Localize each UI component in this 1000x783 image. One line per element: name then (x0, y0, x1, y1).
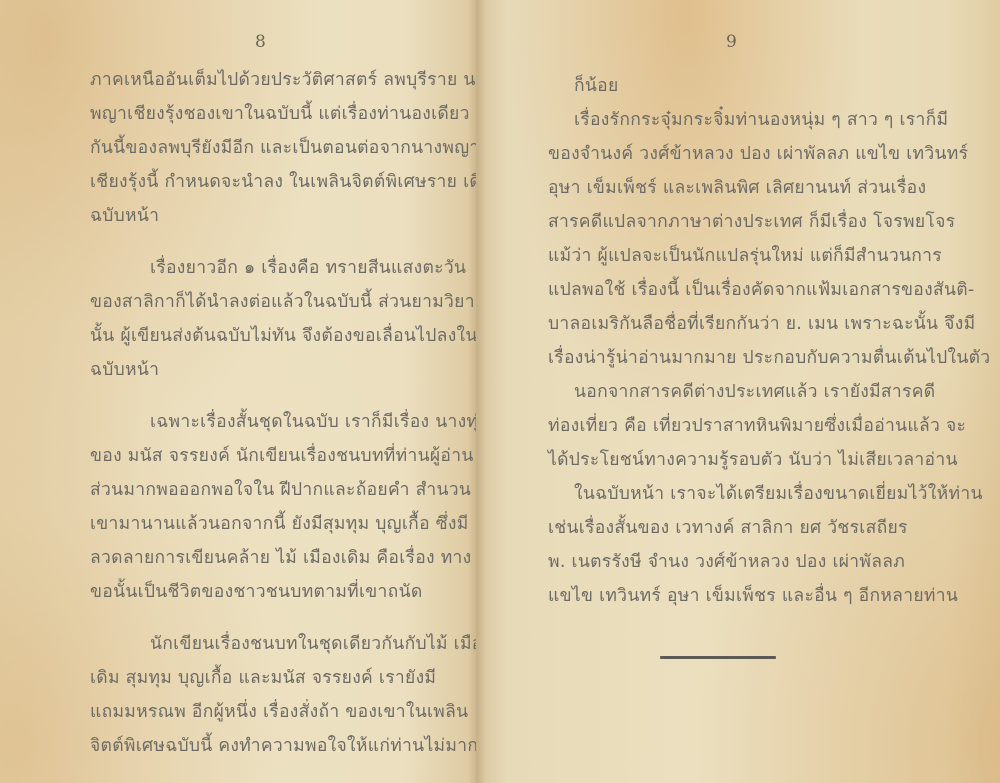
text-line: เรื่องน่ารู้น่าอ่านมากมาย ประกอบกับความต… (548, 336, 938, 370)
text-line: ส่วนมากพอออกพอใจใน ฝีปากและถ้อยคำ สำนวน … (90, 468, 450, 502)
text-line: แปลพอใช้ เรื่องนี้ เป็นเรื่องคัดจากแฟ้มเ… (548, 268, 938, 302)
text-line: ได้ประโยชน์ทางความรู้รอบตัว นับว่า ไม่เส… (548, 438, 938, 472)
text-line: ก็น้อย (548, 64, 938, 98)
text-line: ฉบับหน้า (90, 348, 450, 382)
text-line: เชียงรุ้งนี้ กำหนดจะนำลง ในเพลินจิตต์พิเ… (90, 160, 450, 194)
text-line: อุษา เข็มเพ็ชร์ และเพลินพิศ เลิศยานนท์ ส… (548, 166, 938, 200)
text-line: ลวดลายการเขียนคล้าย ไม้ เมืองเดิม คือเรื… (90, 536, 450, 570)
text-line: ภาคเหนืออันเต็มไปด้วยประวัติศาสตร์ ลพบุร… (90, 58, 450, 92)
text-line: แถมมหรณพ อีกผู้หนึ่ง เรื่องสั่งถ้า ของเข… (90, 690, 450, 724)
text-line: บาลอเมริกันลือชื่อที่เรียกกันว่า ย. เมน … (548, 302, 938, 336)
paragraph-start-line: เฉพาะเรื่องสั้นชุดในฉบับ เราก็มีเรื่อง น… (90, 400, 450, 434)
text-line: เดิม สุมทุม บุญเกื้อ และมนัส จรรยงค์ เรา… (90, 656, 450, 690)
text-line: นั้น ผู้เขียนส่งต้นฉบับไม่ทัน จึงต้องขอเ… (90, 314, 450, 348)
text-line: เช่นเรื่องสั้นของ เวทางค์ สาลิกา ยศ วัชร… (548, 506, 938, 540)
right-page-text: ก็น้อย เรื่องรักกระจุ๋มกระจิ๋มท่านองหนุ่… (548, 64, 938, 608)
text-line: ของ มนัส จรรยงค์ นักเขียนเรื่องชนบทที่ท่… (90, 434, 450, 468)
text-line: กันนี้ของลพบุรียังมีอีก และเป็นตอนต่อจาก… (90, 126, 450, 160)
left-page: 8 ภาคเหนืออันเต็มไปด้วยประวัติศาสตร์ ลพบ… (0, 0, 476, 783)
text-line: ขอนั้นเป็นชีวิตของชาวชนบทตามที่เขาถนัด (90, 570, 450, 604)
text-line: จิตต์พิเศษฉบับนี้ คงทำความพอใจให้แก่ท่าน… (90, 724, 450, 758)
text-line: พญาเชียงรุ้งชองเขาในฉบับนี้ แต่เรื่องท่า… (90, 92, 450, 126)
text-line: สารคดีแปลจากภาษาต่างประเทศ ก็มีเรื่อง โจ… (548, 200, 938, 234)
paragraph-start-line: นอกจากสารคดีต่างประเทศแล้ว เรายังมีสารคด… (548, 370, 938, 404)
paragraph-start-line: เรื่องรักกระจุ๋มกระจิ๋มท่านองหนุ่ม ๆ สาว… (548, 98, 938, 132)
right-page: 9 ก็น้อย เรื่องรักกระจุ๋มกระจิ๋มท่านองหน… (476, 0, 1000, 783)
page-number: 9 (726, 32, 737, 52)
section-divider (660, 656, 776, 659)
book-spread: 8 ภาคเหนืออันเต็มไปด้วยประวัติศาสตร์ ลพบ… (0, 0, 1000, 783)
text-line: ท่องเที่ยว คือ เที่ยวปราสาทหินพิมายซึ่งเ… (548, 404, 938, 438)
text-line: เขามานานแล้วนอกจากนี้ ยังมีสุมทุม บุญเกื… (90, 502, 450, 536)
text-line: ของจำนงค์ วงศ์ข้าหลวง ปอง เผ่าพัลลภ แขไข… (548, 132, 938, 166)
text-line: ของสาลิกาก็ได้นำลงต่อแล้วในฉบับนี้ ส่วนย… (90, 280, 450, 314)
text-line: แม้ว่า ผู้แปลจะเป็นนักแปลรุ่นใหม่ แต่ก็ม… (548, 234, 938, 268)
page-number: 8 (255, 32, 266, 52)
text-line: ฉบับหน้า (90, 194, 450, 228)
paragraph-start-line: นักเขียนเรื่องชนบทในชุดเดียวกันกับไม้ เม… (90, 622, 450, 656)
paragraph-start-line: ในฉบับหน้า เราจะได้เตรียมเรื่องขนาดเยี่ย… (548, 472, 938, 506)
paragraph-start-line: เรื่องยาวอีก ๑ เรื่องคือ ทรายสีนแสงตะวัน (90, 246, 450, 280)
left-page-text: ภาคเหนืออันเต็มไปด้วยประวัติศาสตร์ ลพบุร… (90, 58, 450, 758)
text-line: แขไข เทวินทร์ อุษา เข็มเพ็ชร และอื่น ๆ อ… (548, 574, 938, 608)
text-line: พ. เนตรรังษี จำนง วงศ์ข้าหลวง ปอง เผ่าพั… (548, 540, 938, 574)
